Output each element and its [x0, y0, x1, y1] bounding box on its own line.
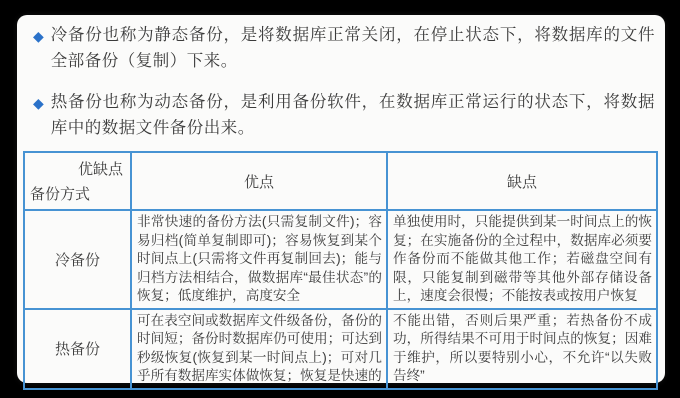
hot-backup-definition: 热备份也称为动态备份，是利用备份软件，在数据库正常运行的状态下，将数据库中的数据…: [51, 89, 655, 141]
corner-header-pros-cons-label: 优缺点: [78, 158, 123, 179]
bullet-item-hot-backup: ◆ 热备份也称为动态备份，是利用备份软件，在数据库正常运行的状态下，将数据库中的…: [33, 89, 655, 141]
bullet-list: ◆ 冷备份也称为静态备份，是将数据库正常关闭，在停止状态下，将数据库的文件全部备…: [33, 22, 655, 156]
backup-comparison-table: 优缺点 备份方式 优点 缺点 冷备份 非常快速的备份方法(只需复制文件)；容易归…: [23, 151, 658, 390]
cold-backup-definition: 冷备份也称为静态备份，是将数据库正常关闭，在停止状态下，将数据库的文件全部备份（…: [51, 22, 655, 74]
page-background: ◆ 冷备份也称为静态备份，是将数据库正常关闭，在停止状态下，将数据库的文件全部备…: [0, 0, 680, 398]
table-row-cold-backup: 冷备份 非常快速的备份方法(只需复制文件)；容易归档(简单复制即可)；容易恢复到…: [24, 210, 657, 309]
corner-header-cell: 优缺点 备份方式: [24, 152, 131, 210]
corner-header-method-label: 备份方式: [30, 183, 90, 204]
hot-backup-cons: 不能出错，否则后果严重；若热备份不成功，所得结果不可用于时间点的恢复；因难于维护…: [387, 309, 657, 389]
cold-backup-pros: 非常快速的备份方法(只需复制文件)；容易归档(简单复制即可)；容易恢复到某个时间…: [131, 210, 387, 309]
table-header-row: 优缺点 备份方式 优点 缺点: [24, 152, 657, 210]
document-card: ◆ 冷备份也称为静态备份，是将数据库正常关闭，在停止状态下，将数据库的文件全部备…: [17, 15, 665, 383]
diamond-bullet-icon: ◆: [33, 22, 44, 74]
column-header-pros: 优点: [131, 152, 387, 210]
table-row-hot-backup: 热备份 可在表空间或数据库文件级备份，备份的时间短；备份时数据库仍可使用；可达到…: [24, 309, 657, 389]
cold-backup-cons: 单独使用时，只能提供到某一时间点上的恢复；在实施备份的全过程中，数据库必须要作备…: [387, 210, 657, 309]
bullet-item-cold-backup: ◆ 冷备份也称为静态备份，是将数据库正常关闭，在停止状态下，将数据库的文件全部备…: [33, 22, 655, 74]
method-label-cold: 冷备份: [24, 210, 131, 309]
method-label-hot: 热备份: [24, 309, 131, 389]
diamond-bullet-icon: ◆: [33, 89, 44, 141]
hot-backup-pros: 可在表空间或数据库文件级备份，备份的时间短；备份时数据库仍可使用；可达到秒级恢复…: [131, 309, 387, 389]
column-header-cons: 缺点: [387, 152, 657, 210]
